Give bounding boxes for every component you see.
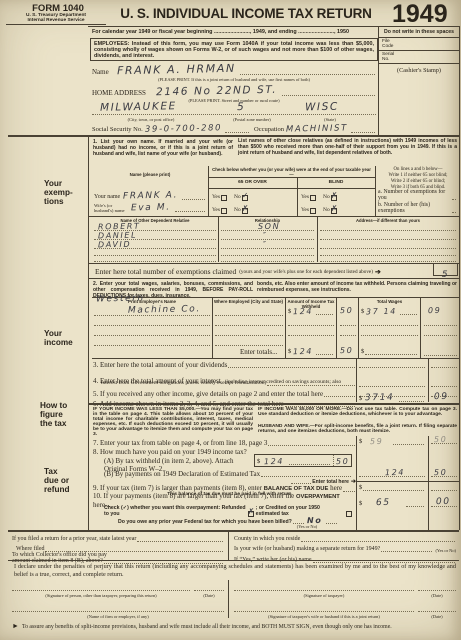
dep-addr-header: Address—if different than yours [317, 218, 459, 223]
item7-cents-line[interactable] [431, 437, 457, 444]
date-label: (Date) [418, 593, 456, 598]
yes-label: Yes [212, 207, 220, 214]
tax-form-1040-page: FORM 1040 U. S. Treasury Department Inte… [0, 0, 461, 640]
item8-total-line[interactable] [359, 470, 425, 477]
wife-65-yes-checkbox[interactable] [221, 208, 227, 214]
ssn-value[interactable]: 39-0-700-280 [145, 123, 222, 135]
address-field-line[interactable] [282, 95, 375, 96]
no-label: No [234, 207, 241, 214]
preparer-signature-field[interactable] [12, 582, 190, 591]
divider [208, 166, 209, 216]
item6-amount-line[interactable] [399, 401, 424, 402]
divider [8, 530, 459, 532]
withheld-line[interactable] [288, 318, 334, 326]
dependent-addr-line[interactable] [320, 242, 456, 249]
agency-name: U. S. Treasury Department Internal Reven… [6, 13, 106, 25]
state-value[interactable]: WISC [305, 101, 339, 114]
employees-note: EMPLOYEES: Instead of this form, you may… [90, 38, 378, 61]
divider [356, 436, 357, 530]
name-hint: (PLEASE PRINT. If this is a joint return… [92, 77, 376, 82]
separate-return-label: Is your wife (or husband) making a separ… [234, 546, 380, 554]
name-label: Name [92, 68, 109, 76]
dependent-relationship[interactable]: ″ [263, 240, 268, 249]
withheld-line[interactable] [316, 314, 333, 315]
dollar-sign: $ [359, 395, 362, 403]
totals-wages-cents-line[interactable] [424, 348, 457, 356]
where-employed-line[interactable] [215, 338, 283, 346]
prior-year-label: If you filed a return for a prior year, … [12, 536, 136, 544]
your-name-value[interactable]: FRANK A. [123, 190, 178, 201]
wages-cents-line[interactable] [424, 318, 457, 326]
dependent-name-line[interactable] [94, 257, 216, 262]
item4-leader[interactable] [267, 385, 355, 386]
zone-value[interactable]: 5 [237, 101, 246, 113]
calendar-year-line: For calendar year 1949 or fiscal year be… [92, 29, 376, 35]
sidebar-tax-due-refund: Tax due or refund [44, 468, 86, 495]
home-address-label: HOME ADDRESS [92, 89, 146, 97]
item7-label: 7. Enter your tax from table on page 4, … [93, 439, 267, 447]
x-mark-icon: ✗ [331, 205, 338, 213]
divider [88, 278, 459, 279]
totals-withheld-dollars[interactable]: 124 [293, 347, 313, 356]
wife-name-label: Wife's (or husband's) name [94, 203, 128, 214]
taxpayer-signature-field[interactable] [234, 582, 414, 591]
sidebar-your-income: Your income [44, 330, 86, 348]
you-blind-no-checkbox[interactable]: ✗ [331, 195, 337, 201]
wages-line[interactable] [400, 314, 417, 315]
spouse-signature-label: (Signature of taxpayer's wife or husband… [234, 614, 414, 619]
employer-line[interactable] [94, 338, 210, 346]
where-employed-line[interactable] [215, 328, 283, 336]
item8a-amount-box[interactable]: $ 124 50 [254, 454, 352, 467]
taxpayer-date-field[interactable] [418, 582, 456, 591]
item7-amount-line[interactable] [393, 444, 424, 445]
name-value[interactable]: FRANK A. HRMAN [117, 62, 236, 77]
divider [208, 177, 375, 178]
divider [228, 580, 229, 618]
wife-name-value[interactable]: Eva M. [131, 203, 171, 214]
exemptions-a-label: a. Number of exemptions for you [378, 189, 451, 201]
spouse-signature-field[interactable] [234, 603, 414, 612]
item3-label: 3. Enter here the total amount of your d… [93, 361, 227, 369]
file-code-field: File Code [379, 38, 459, 51]
dependent-relationship[interactable]: ″ [263, 231, 268, 240]
preparer-signature-label: (Signature of person, other than taxpaye… [12, 593, 190, 598]
item5-leader[interactable] [324, 396, 355, 397]
dependent-relationship[interactable]: SON [258, 222, 280, 231]
total-exemptions-label: Enter here total number of exemptions cl… [95, 267, 236, 276]
divider [8, 135, 460, 137]
you-65-no-checkbox[interactable]: ✓ [242, 195, 248, 201]
divider [428, 358, 429, 402]
item8a-dollars: 124 [264, 457, 284, 466]
taxpayer-signature-label: (Signature of taxpayer) [234, 593, 414, 598]
occupation-label: Occupation [254, 126, 284, 134]
howto-right1-text: IF INCOME WAS $5,000 OR MORE.—Do not use… [258, 407, 457, 417]
employer-line[interactable] [94, 308, 210, 316]
totals-wages-line[interactable] [365, 354, 417, 355]
dollar-sign: $ [359, 438, 362, 446]
divider [375, 166, 376, 216]
wife-65-no-checkbox[interactable]: ✗ [242, 208, 248, 214]
firm-name-label: (Name of firm or employer, if any) [12, 614, 224, 619]
employer-name-part1[interactable]: Western [96, 293, 145, 304]
no-label: No [234, 194, 241, 201]
dollar-sign: $ [361, 308, 364, 316]
withheld-line[interactable] [288, 328, 334, 336]
item7-tax-dollars[interactable]: 59 [370, 437, 384, 446]
dollar-sign: $ [288, 348, 291, 356]
county-field[interactable] [301, 541, 455, 542]
city-value[interactable]: MILWAUKEE [100, 100, 177, 114]
dependent-name[interactable]: DAVID [98, 240, 131, 250]
divider [358, 297, 359, 358]
no-label: No [323, 194, 330, 201]
item6-total-cents[interactable]: 09 [434, 392, 449, 402]
check-mark-icon: ✓ [242, 192, 249, 200]
wife-blind-yes-checkbox[interactable] [310, 208, 316, 214]
dollar-sign: $ [288, 308, 291, 316]
divider [420, 297, 421, 358]
home-address-value[interactable]: 2146 No 22ND ST. [156, 84, 277, 99]
both-must-sign-note: To assure any benefits of split-income p… [22, 624, 392, 630]
item8-label: 8. How much have you paid on your 1949 i… [93, 448, 247, 456]
wages-value-cents[interactable]: 09 [428, 306, 442, 315]
spouse-date-field[interactable] [418, 603, 456, 612]
dependent-addr-line[interactable] [320, 257, 456, 262]
county-label: County in which you reside [234, 536, 300, 544]
yes-label: Yes [301, 207, 309, 214]
item10-overpayment-dollars[interactable]: 65 [376, 498, 391, 508]
divider [356, 358, 357, 402]
yes-or-no-hint: (Yes or No) [435, 548, 456, 553]
withheld-value-dollars[interactable]: 124 [293, 307, 313, 316]
divider [333, 455, 334, 466]
overpayment-option-label: Check (✓) whether you want this overpaym… [104, 505, 246, 517]
serial-no-field: Serial No. [379, 51, 459, 64]
withheld-cents-line[interactable] [340, 318, 356, 326]
item10-cents-line[interactable] [431, 500, 457, 507]
howto-right2-text: HUSBAND AND WIFE.—For split-income benef… [258, 424, 457, 434]
item7-leader[interactable] [268, 445, 355, 446]
yes-label: Yes [301, 194, 309, 201]
occupation-field-line[interactable] [351, 132, 375, 133]
item10-bold: OVERPAYMENT [296, 494, 340, 500]
dependent-addr-line[interactable] [320, 250, 456, 256]
divider [428, 436, 429, 530]
dependent-name-line[interactable] [94, 250, 216, 256]
where-employed-line[interactable] [215, 308, 283, 316]
divider [88, 135, 89, 530]
exemptions-b-label: b. Number of her (his) exemptions [378, 202, 451, 214]
yes-label: Yes [212, 194, 220, 201]
item4-small2: interest from Government obligations unl… [101, 380, 266, 387]
sidebar-your-exemptions: Your exemp- tions [44, 180, 86, 207]
credited-checkbox[interactable] [346, 511, 352, 517]
divider [88, 263, 459, 264]
dependent-rel-line[interactable] [221, 250, 314, 256]
total-exemptions-box[interactable]: 5 [433, 263, 458, 276]
item9-cents-line[interactable] [431, 484, 457, 491]
item4-amount-line[interactable] [359, 380, 425, 387]
wife-blind-no-checkbox[interactable]: ✗ [331, 208, 337, 214]
dollar-sign: $ [361, 348, 364, 356]
do-not-write-label: Do not write in these spaces [379, 26, 459, 38]
dependent-rel-line[interactable] [221, 257, 314, 262]
sidebar-how-to-figure: How to figure the tax [40, 402, 86, 429]
page-title: U. S. INDIVIDUAL INCOME TAX RETURN [118, 6, 374, 21]
divider [208, 188, 375, 189]
yes-or-no-hint: (Yes or No) [282, 524, 332, 529]
totals-withheld-cents[interactable]: 50 [340, 346, 354, 355]
tax-year: 1949 [392, 0, 448, 29]
wages-line[interactable] [361, 318, 418, 326]
x-mark-icon: ✗ [242, 205, 249, 213]
item3-leader[interactable] [228, 367, 355, 368]
lines-a-b-note: On lines a and b below— Write 1 if neith… [377, 167, 459, 190]
item8a-cents: 50 [336, 457, 350, 466]
wages-col-header: Total Wages [359, 299, 420, 304]
item4-cents-line[interactable] [431, 380, 457, 387]
occupation-value[interactable]: MACHINIST [286, 123, 348, 134]
item5-label: 5. If you received any other income, giv… [93, 390, 323, 398]
item9-amount-line[interactable] [363, 490, 424, 491]
name-col-header: Name (please print) [92, 172, 208, 177]
ssn-field-line[interactable] [225, 132, 249, 133]
divider [212, 297, 213, 358]
exemptions-a-field[interactable] [452, 199, 456, 200]
dollar-sign: $ [257, 458, 260, 466]
dollar-sign: $ [359, 484, 362, 492]
item3-cents-line[interactable] [431, 361, 457, 368]
your-name-label: Your name [94, 194, 120, 202]
wages-cents-line[interactable] [424, 328, 457, 336]
item6-total-dollars[interactable]: 3714 [365, 393, 395, 404]
wife-name-line[interactable] [175, 211, 205, 212]
exemptions-b-field[interactable] [452, 212, 456, 213]
total-exemptions-small: (yours and your wife's plus one for each… [239, 269, 373, 276]
arrow-right-icon: ➔ [375, 268, 381, 276]
divider [8, 560, 459, 561]
item1-left-text: 1. List your own name. If married and yo… [93, 139, 233, 157]
where-col-header: Where Employed (City and State) [212, 299, 285, 304]
x-mark-icon: ✗ [331, 192, 338, 200]
preparer-date-field[interactable] [194, 582, 224, 591]
item10-amount-line[interactable] [406, 506, 424, 507]
divider [459, 26, 460, 530]
withheld-cents-line[interactable] [340, 328, 356, 336]
you-blind-yes-checkbox[interactable] [310, 195, 316, 201]
firm-name-field[interactable] [12, 603, 224, 612]
divider [336, 297, 337, 358]
item3-amount-line[interactable] [359, 361, 425, 368]
employer-line[interactable] [94, 328, 210, 336]
prior-tax-question: Do you owe any prior year Federal tax fo… [118, 519, 292, 525]
where-employed-line[interactable] [215, 318, 283, 326]
item2-right-text: bonds, etc. Also enter amount of income … [257, 281, 457, 293]
enter-totals-label: Enter totals... [240, 348, 277, 356]
col-blind-header: BLIND [297, 180, 375, 185]
col-65-header: 65 OR OVER [208, 180, 297, 185]
dependent-addr-line[interactable] [320, 224, 456, 231]
credited-option-label: ; or Credited on your 1950 estimated tax [256, 505, 344, 517]
employer-line[interactable] [94, 318, 210, 326]
wages-value-dollars[interactable]: 37 14 [366, 307, 397, 317]
item10-label: 10. If your payments (item 8) are larger… [93, 492, 296, 500]
no-label: No [323, 207, 330, 214]
pointer-icon: ► [12, 622, 19, 630]
check-header: Check below whether you (or your wife) w… [210, 167, 373, 177]
item1-right-text: List names of other close relatives (as … [238, 138, 457, 156]
separate-return-field[interactable] [381, 551, 432, 552]
item8-total-cents-line[interactable] [431, 470, 457, 477]
howto-left-text: IF YOUR INCOME WAS LESS THAN $5,000.—You… [93, 407, 253, 437]
prior-year-field[interactable] [137, 541, 223, 542]
x-mark-icon: ✗ [248, 508, 255, 516]
cashiers-stamp-label: (Cashier's Stamp) [379, 64, 459, 74]
perjury-declaration: I declare under the penalties of perjury… [14, 563, 456, 579]
wages-line[interactable] [361, 328, 418, 336]
ssn-label: Social Security No. [92, 126, 143, 134]
date-label: (Date) [418, 614, 456, 619]
divider [228, 532, 229, 560]
divider [92, 297, 459, 298]
item8b-label: (B) By payments on 1949 Declaration of E… [104, 470, 260, 478]
item8a-line [289, 464, 329, 465]
totals-withheld-line[interactable] [316, 354, 333, 355]
your-name-line[interactable] [182, 199, 205, 200]
dependent-addr-line[interactable] [320, 233, 456, 240]
withheld-value-cents[interactable]: 50 [340, 306, 354, 315]
do-not-write-panel: Do not write in these spaces File Code S… [378, 26, 459, 136]
date-label: (Date) [194, 593, 224, 598]
you-65-yes-checkbox[interactable] [221, 195, 227, 201]
name-field-line[interactable] [240, 74, 375, 75]
dollar-sign: $ [359, 500, 362, 508]
divider [88, 216, 459, 217]
divider [88, 403, 459, 405]
